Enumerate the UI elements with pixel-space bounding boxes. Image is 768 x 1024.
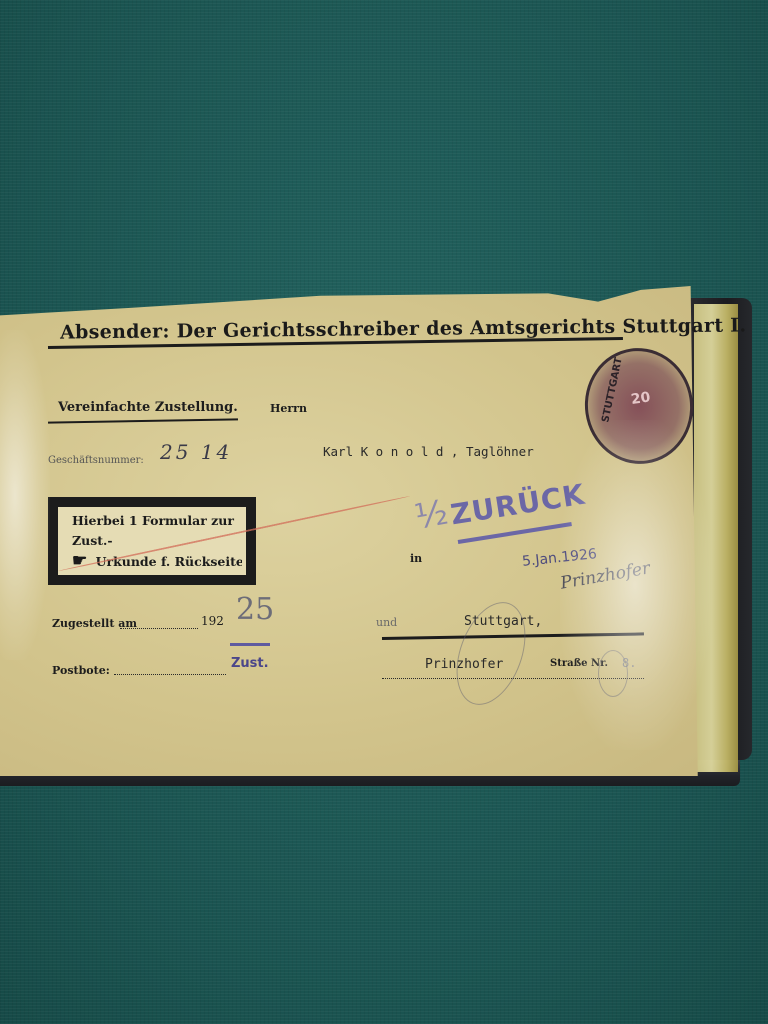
case-number-label: Geschäftsnummer: — [48, 455, 144, 466]
postman-dotted-line — [114, 674, 226, 675]
notice-line-2-text: Urkunde f. Rückseite — [96, 554, 244, 569]
pencil-scribble — [598, 650, 628, 697]
notice-line-1: Hierbei 1 Formular zur Zust.- — [72, 511, 246, 551]
faded-zust-stamp: Zust. — [231, 656, 269, 671]
delivered-dotted-line — [120, 628, 198, 629]
delivered-handwritten: 25 — [236, 592, 274, 627]
case-number-handwritten: 25 14 — [160, 440, 232, 464]
postman-label: Postbote: — [52, 664, 110, 677]
postmark-city: STUTTGART — [600, 357, 624, 424]
plastic-sleeve-edge — [694, 304, 738, 772]
in-label: in — [410, 552, 422, 565]
stamp-smudge — [230, 643, 270, 646]
notice-box: Hierbei 1 Formular zur Zust.- ☛ Urkunde … — [48, 497, 256, 585]
recipient-name: Karl K o n o l d , Taglöhner — [323, 444, 534, 459]
delivered-year-prefix: 192 — [201, 614, 224, 628]
salutation-label: Herrn — [270, 402, 307, 415]
und-label: und — [376, 616, 397, 629]
postmark-inner: 20 — [630, 389, 652, 408]
service-type-label: Vereinfachte Zustellung. — [58, 400, 238, 415]
return-fraction-mark: ½ — [412, 492, 451, 537]
